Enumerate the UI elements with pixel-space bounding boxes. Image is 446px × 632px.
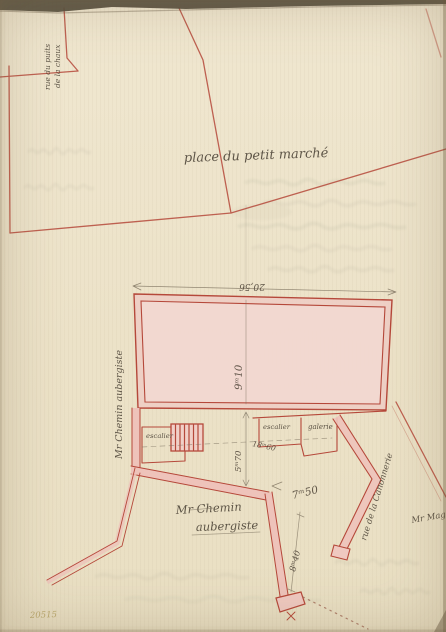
owner-bottom-label-line2: aubergiste (196, 518, 259, 534)
owner-left-label: Mr Chemin aubergiste (114, 350, 125, 460)
building-inner-wall (141, 301, 385, 404)
handwritten-annotations: place du petit marché rue du puits de la… (43, 44, 446, 542)
place-left-boundary (9, 66, 10, 233)
bottom-wall-fill (131, 466, 269, 500)
street-line-top-diagonal (179, 8, 231, 213)
paper-corner-shadow (434, 610, 446, 632)
boundary-sw-fill (47, 470, 135, 582)
dimension-facade-width: 20,56 (239, 281, 266, 291)
street-line-right-side-inner (392, 406, 441, 501)
street-line-top-left-edge (64, 8, 78, 71)
place-name-label: place du petit marché (184, 146, 329, 166)
cross-mark (287, 612, 295, 620)
street-lines (0, 8, 446, 501)
left-wall-fill (132, 408, 140, 470)
room-label-gallery: galerie (308, 423, 333, 431)
manuscript-plan-sheet: place du petit marché rue du puits de la… (0, 0, 446, 632)
paper-left-edge (0, 0, 2, 632)
rooms-top-wall (253, 411, 386, 418)
plan-drawing: place du petit marché rue du puits de la… (0, 0, 446, 632)
dimension-building-depth: 9ᵐ10 (234, 364, 245, 390)
dimension-diagonal-wall: 8ᵐ40 (288, 549, 303, 573)
dimension-courtyard-depth: 5ᵐ70 (234, 450, 244, 472)
street-line-top-left-bottom (0, 71, 78, 77)
courtyard-depth-line (243, 412, 249, 486)
owner-right-label: Mr Magnin (410, 508, 446, 526)
dimension-courtyard-width: 18ᵐ60 (252, 439, 277, 453)
room-label-stair-left: escalier (146, 432, 174, 440)
boundary-sw-lines (47, 468, 140, 585)
street-line-right-side (396, 402, 446, 497)
steep-wall-fill (265, 492, 289, 603)
street-top-left-label-line2: de la chaux (53, 44, 62, 88)
wall-segment-arrow (272, 482, 282, 490)
room-label-stair-right: escalier (263, 423, 291, 431)
street-top-left-label-line1: rue du puits (43, 44, 52, 90)
street-line-top-right (426, 9, 441, 57)
dimension-wall-segment: 7ᵐ50 (291, 484, 320, 502)
inventory-number: 20515 (29, 610, 57, 621)
chevron-wing (331, 415, 381, 560)
chevron-fill (333, 415, 381, 553)
main-building (134, 294, 392, 410)
